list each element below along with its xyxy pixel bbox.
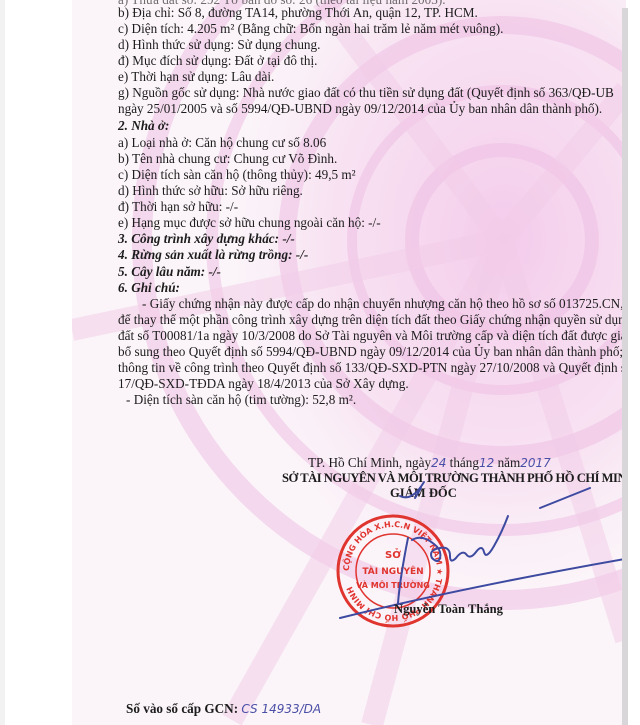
note-line-3: đất số T00081/1a ngày 10/3/2008 do Sở Tà…	[118, 328, 626, 344]
note-line-4: bổ sung theo Quyết định số 5994/QĐ-UBND …	[118, 344, 623, 360]
certificate-content: a) Thửa đất số: 292 Tờ bản đồ số: 26 (th…	[72, 0, 626, 725]
land-usage-purpose: đ) Mục đích sử dụng: Đất ở tại đô thị.	[118, 53, 317, 69]
section-planted-forest: 4. Rừng sản xuất là rừng trồng: -/-	[118, 247, 308, 263]
note-line-1: - Giấy chứng nhận này được cấp do nhận c…	[142, 296, 624, 312]
date-month: 12	[479, 456, 494, 470]
house-type: a) Loại nhà ở: Căn hộ chung cư số 8.06	[118, 135, 326, 151]
left-margin-strip	[0, 0, 5, 725]
land-usage-term: e) Thời hạn sử dụng: Lâu dài.	[118, 69, 274, 85]
house-ownership-term: đ) Thời hạn sở hữu: -/-	[118, 199, 238, 215]
note-line-6: 17/QĐ-SXD-TĐDA ngày 18/4/2013 của Sở Xây…	[118, 376, 409, 392]
note-wall-area: - Diện tích sàn căn hộ (tim tường): 52,8…	[126, 392, 356, 408]
registry-label: Số vào sổ cấp GCN:	[126, 701, 238, 716]
signer-name: Nguyễn Toàn Thắng	[394, 601, 503, 617]
year-label: năm	[498, 455, 521, 470]
registry-value: CS 14933/DA	[241, 702, 321, 716]
date-day: 24	[431, 456, 446, 470]
right-margin	[628, 0, 640, 725]
date-year: 2017	[520, 456, 551, 470]
land-usage-form: d) Hình thức sử dụng: Sử dụng chung.	[118, 37, 320, 53]
house-ownership-form: d) Hình thức sở hữu: Sở hữu riêng.	[118, 183, 303, 199]
house-building-name: b) Tên nhà chung cư: Chung cư Võ Đình.	[118, 151, 337, 167]
land-address: b) Địa chỉ: Số 8, đường TA14, phường Thớ…	[118, 5, 478, 21]
house-shared-items: e) Hạng mục được sở hữu chung ngoài căn …	[118, 215, 381, 231]
place-date: TP. Hồ Chí Minh, ngày24 tháng12 năm2017	[308, 455, 551, 471]
house-floor-area: c) Diện tích sàn căn hộ (thông thủy): 49…	[118, 167, 356, 183]
land-area: c) Diện tích: 4.205 m² (Bằng chữ: Bốn ng…	[118, 21, 503, 37]
section-perennial-trees: 5. Cây lâu năm: -/-	[118, 264, 221, 280]
house-heading: 2. Nhà ở:	[118, 118, 169, 134]
land-origin-line2: ngày 25/01/2005 và số 5994/QĐ-UBND ngày …	[118, 101, 602, 117]
note-line-5: thông tin về công trình theo Quyết định …	[118, 360, 626, 376]
section-notes-heading: 6. Ghi chú:	[118, 280, 180, 296]
note-line-2: để thay thế một phần công trình xây dựng…	[118, 312, 626, 328]
month-label: tháng	[450, 455, 479, 470]
certificate-page: a) Thửa đất số: 292 Tờ bản đồ số: 26 (th…	[72, 0, 626, 725]
section-other-construction: 3. Công trình xây dựng khác: -/-	[118, 231, 295, 247]
land-origin-line1: g) Nguồn gốc sử dụng: Nhà nước giao đất …	[118, 85, 614, 101]
registry-number: Số vào sổ cấp GCN: CS 14933/DA	[126, 701, 321, 717]
place-date-prefix: TP. Hồ Chí Minh, ngày	[308, 455, 431, 470]
